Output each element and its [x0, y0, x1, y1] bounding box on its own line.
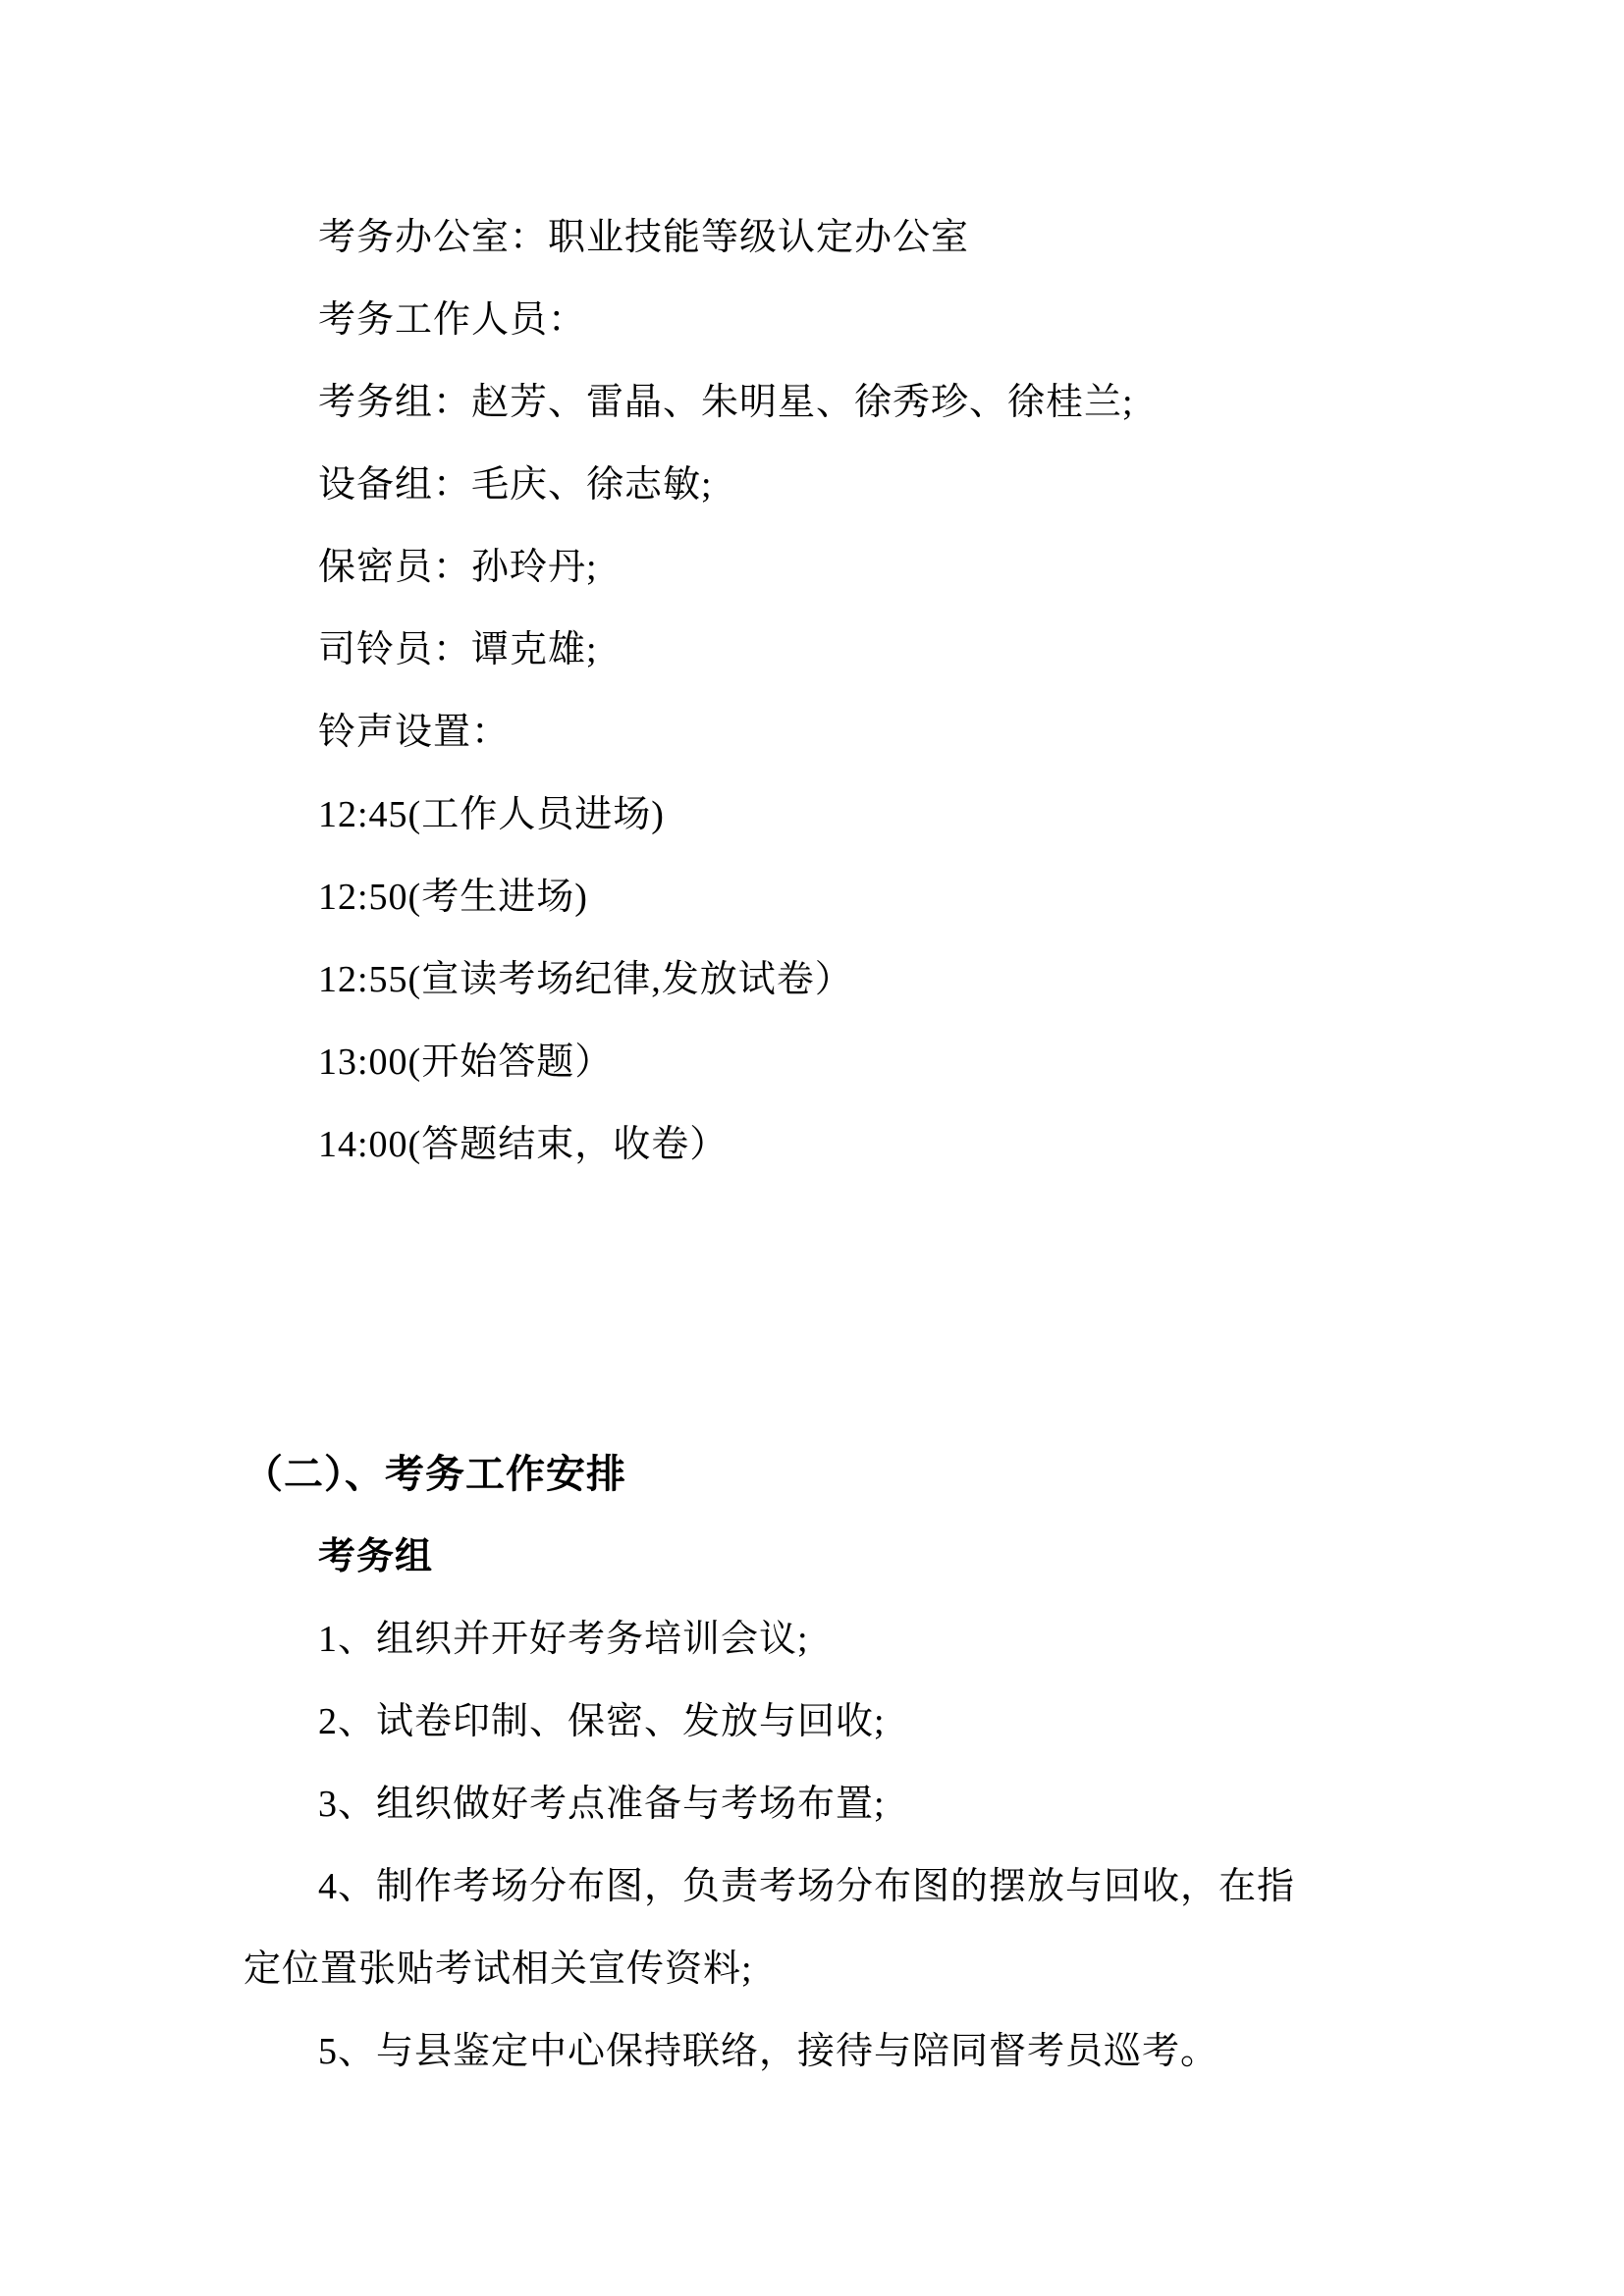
bell-ringer: 司铃员：谭克雄; [244, 609, 1386, 691]
bell-time-1250: 12:50(考生进场) [244, 856, 1386, 938]
equipment-group: 设备组：毛庆、徐志敏; [244, 444, 1386, 526]
duty-1: 1、组织并开好考务培训会议; [244, 1598, 1386, 1681]
bell-time-1400: 14:00(答题结束，收卷） [244, 1103, 1386, 1186]
exam-office-line: 考务办公室：职业技能等级认定办公室 [244, 196, 1386, 279]
bell-time-1255: 12:55(宣读考场纪律,发放试卷） [244, 938, 1386, 1021]
exam-affairs-group: 考务组：赵芳、雷晶、朱明星、徐秀珍、徐桂兰; [244, 361, 1386, 444]
bell-schedule-label: 铃声设置： [244, 691, 1386, 774]
duty-5: 5、与县鉴定中心保持联络，接待与陪同督考员巡考。 [244, 2010, 1386, 2093]
section-2-heading: （二）、考务工作安排 [244, 1433, 1386, 1516]
duty-3: 3、组织做好考点准备与考场布置; [244, 1763, 1386, 1845]
document-page: 考务办公室：职业技能等级认定办公室考务工作人员：考务组：赵芳、雷晶、朱明星、徐秀… [0, 0, 1624, 2296]
exam-affairs-group-subheading: 考务组 [244, 1516, 1386, 1598]
duty-4-line1: 4、制作考场分布图，负责考场分布图的摆放与回收，在指 [244, 1845, 1386, 1928]
exam-staff-label: 考务工作人员： [244, 279, 1386, 361]
duty-4-line2: 定位置张贴考试相关宣传资料; [244, 1928, 1386, 2010]
bell-time-1300: 13:00(开始答题） [244, 1021, 1386, 1103]
duty-2: 2、试卷印制、保密、发放与回收; [244, 1681, 1386, 1763]
confidentiality-officer: 保密员：孙玲丹; [244, 526, 1386, 609]
document-body: 考务办公室：职业技能等级认定办公室考务工作人员：考务组：赵芳、雷晶、朱明星、徐秀… [244, 196, 1386, 2093]
bell-time-1245: 12:45(工作人员进场) [244, 774, 1386, 856]
